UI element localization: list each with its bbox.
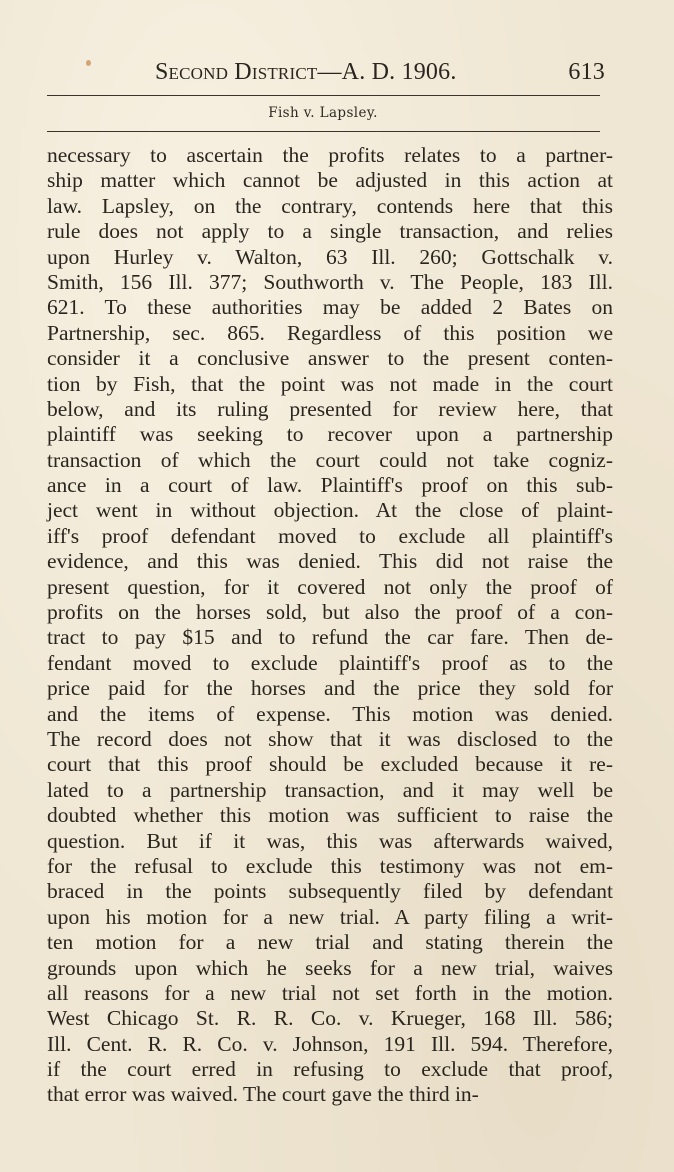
text-line: plaintiff was seeking to recover upon a … [47,422,613,447]
text-line: rule does not apply to a single transact… [47,219,613,244]
text-line: doubted whether this motion was sufficie… [47,803,613,828]
text-line: consider it a conclusive answer to the p… [47,346,613,371]
text-line: court that this proof should be excluded… [47,752,613,777]
text-line: all reasons for a new trial not set fort… [47,981,613,1006]
text-line: lated to a partnership transaction, and … [47,778,613,803]
running-header: Second District—A. D. 1906. 613 [155,57,605,87]
text-line: evidence, and this was denied. This did … [47,549,613,574]
text-line: ance in a court of law. Plaintiff's proo… [47,473,613,498]
text-line: Smith, 156 Ill. 377; Southworth v. The P… [47,270,613,295]
text-line: that error was waived. The court gave th… [47,1082,613,1107]
header-rule-bottom [47,131,600,132]
text-line: grounds upon which he seeks for a new tr… [47,956,613,981]
text-line: and the items of expense. This motion wa… [47,702,613,727]
text-line: tract to pay $15 and to refund the car f… [47,625,613,650]
text-line: necessary to ascertain the profits relat… [47,143,613,168]
running-title: Second District—A. D. 1906. [155,57,457,87]
text-line: West Chicago St. R. R. Co. v. Krueger, 1… [47,1006,613,1031]
header-rule-top [47,95,600,96]
text-line: braced in the points subsequently filed … [47,879,613,904]
text-line: ten motion for a new trial and stating t… [47,930,613,955]
text-line: upon his motion for a new trial. A party… [47,905,613,930]
text-line: ship matter which cannot be adjusted in … [47,168,613,193]
text-line: upon Hurley v. Walton, 63 Ill. 260; Gott… [47,245,613,270]
text-line: The record does not show that it was dis… [47,727,613,752]
text-line: tion by Fish, that the point was not mad… [47,372,613,397]
text-line: transaction of which the court could not… [47,448,613,473]
case-name: Fish v. Lapsley. [0,104,646,122]
page-number: 613 [568,57,605,87]
text-line: fendant moved to exclude plaintiff's pro… [47,651,613,676]
text-line: for the refusal to exclude this testimon… [47,854,613,879]
text-line: question. But if it was, this was afterw… [47,829,613,854]
text-line: if the court erred in refusing to exclud… [47,1057,613,1082]
text-line: 621. To these authorities may be added 2… [47,295,613,320]
text-line: iff's proof defendant moved to exclude a… [47,524,613,549]
text-line: profits on the horses sold, but also the… [47,600,613,625]
text-line: Partnership, sec. 865. Regardless of thi… [47,321,613,346]
paper-stain [86,60,91,66]
text-line: below, and its ruling presented for revi… [47,397,613,422]
text-line: Ill. Cent. R. R. Co. v. Johnson, 191 Ill… [47,1032,613,1057]
text-line: present question, for it covered not onl… [47,575,613,600]
text-line: ject went in without objection. At the c… [47,498,613,523]
text-line: price paid for the horses and the price … [47,676,613,701]
text-line: law. Lapsley, on the contrary, contends … [47,194,613,219]
body-text: necessary to ascertain the profits relat… [47,143,613,1108]
